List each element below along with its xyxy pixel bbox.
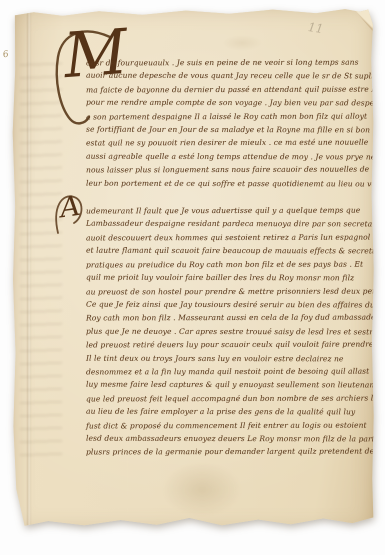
letter-line: Lambassadeur despaigne residant pardeca … — [86, 217, 364, 231]
letter-line: leur bon portement et de ce qui soffre e… — [86, 176, 364, 190]
letter-line: Roy cath mon bon filz . Masseurant aussi… — [86, 311, 364, 325]
ink-stain — [162, 462, 242, 517]
letter-line: led preuost retiré deuers luy pour scauo… — [86, 338, 364, 352]
letter-line: se fortiffiant de Jour en Jour de sa mal… — [86, 123, 364, 137]
letter-line: pour me rendre ample compte de son voyag… — [86, 96, 364, 110]
letter-line: aussi agreable quelle a esté long temps … — [86, 150, 364, 164]
letter-line: fust dict & proposé du commencement Il f… — [86, 418, 364, 432]
manuscript-page-wrapper: 11 M A onsr de fourqueuaulx . Je suis en… — [0, 0, 385, 555]
verso-show-through-text — [20, 59, 62, 461]
letter-line: desnommez et a la fin luy manda quil nes… — [86, 365, 364, 379]
letter-line: que led preuost feit lequel accompagné d… — [86, 391, 364, 405]
letter-line: Ce que Je feiz ainsi que Jay tousiours d… — [86, 298, 364, 312]
letter-line: auoir aucune depesche de vous quant Jay … — [86, 69, 364, 83]
letter-line: et lautre flamant quil scauoit faire bea… — [86, 244, 364, 258]
paragraph-1: onsr de fourqueuaulx . Je suis en peine … — [86, 56, 364, 190]
letter-line: onsr de fourqueuaulx . Je suis en peine … — [86, 56, 364, 70]
photograph-background: 6 11 M A onsr de fourqueuaulx . Je sui — [0, 0, 385, 555]
corner-fold — [352, 7, 374, 33]
paragraph-2: udemeurant Il fault que Je vous aduertis… — [86, 204, 364, 459]
letter-line: plus que Je ne deuoye . Car apres sestre… — [86, 324, 364, 338]
letter-line: au lieu de les faire employer a la prise… — [86, 405, 364, 419]
letter-line: pratiques au preiudice du Roy cath mon b… — [86, 257, 364, 271]
letter-line: nous laisser plus si longuement sans nou… — [86, 163, 364, 177]
letter-line: udemeurant Il fault que Je vous aduertis… — [86, 204, 364, 218]
letter-line: au preuost de son hostel pour prendre & … — [86, 284, 364, 298]
letter-line: plusrs princes de la germanie pour deman… — [86, 445, 364, 459]
manuscript-page: 11 M A onsr de fourqueuaulx . Je suis en… — [12, 7, 374, 531]
letter-line: ma faicte de bayonne du dernier du passé… — [86, 82, 364, 96]
paper-stain — [222, 35, 262, 51]
letter-line: Il le tint deux ou troys Jours sans luy … — [86, 351, 364, 365]
letter-body: onsr de fourqueuaulx . Je suis en peine … — [86, 56, 364, 459]
letter-line: quil me prioit luy vouloir faire bailler… — [86, 271, 364, 285]
letter-line: auoit descouuert deux hommes qui sestoie… — [86, 230, 364, 244]
letter-line: luy mesme faire lesd captures & quil y e… — [86, 378, 364, 392]
letter-line: estat quil ne sy pouuoit rien desirer de… — [86, 136, 364, 150]
letter-line: a son partement despaigne Il a laissé le… — [86, 109, 364, 123]
drop-cap-initial-a: A — [58, 192, 82, 223]
letter-line: lesd deux ambassadeurs enuoyez deuers Le… — [86, 432, 364, 446]
folio-number: 11 — [307, 20, 324, 36]
